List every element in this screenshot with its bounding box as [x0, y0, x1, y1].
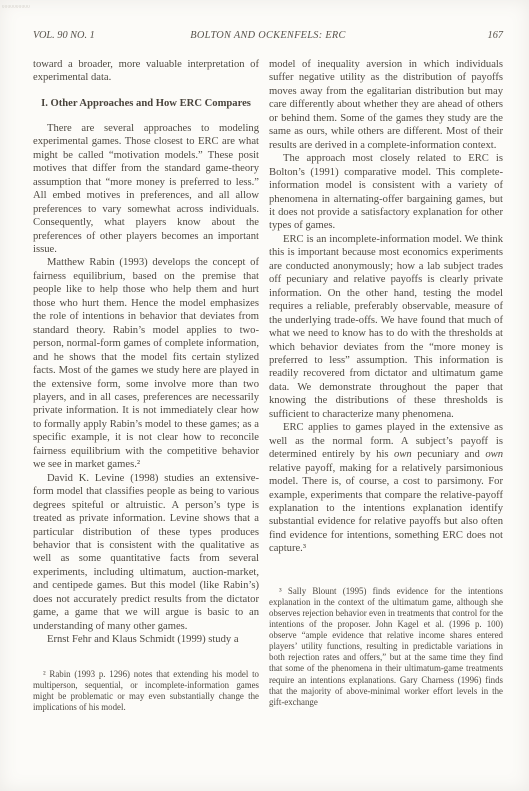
right-column: model of inequality aversion in which in… [269, 58, 503, 713]
section-heading: I. Other Approaches and How ERC Compares [37, 98, 255, 109]
paragraph-fehr-schmidt-start: Ernst Fehr and Klaus Schmidt (1999) stud… [33, 633, 259, 646]
footnote-3: ³ Sally Blount (1995) finds evidence for… [269, 586, 503, 708]
header-page-number: 167 [386, 30, 504, 41]
paragraph-rabin: Matthew Rabin (1993) develops the concep… [33, 256, 259, 471]
two-column-body: toward a broader, more valuable interpre… [33, 58, 503, 713]
paragraph-levine: David K. Levine (1998) studies an extens… [33, 472, 259, 633]
scan-artifact-text: 0000000000 [2, 5, 30, 10]
running-header: VOL. 90 NO. 1 BOLTON AND OCKENFELS: ERC … [33, 30, 503, 41]
paragraph-bolton-comparative-model: The approach most closely related to ERC… [269, 152, 503, 233]
left-column: toward a broader, more valuable interpre… [33, 58, 259, 713]
paragraph-erc-extensive-form: ERC applies to games played in the exten… [269, 421, 503, 556]
header-running-title: BOLTON AND OCKENFELS: ERC [151, 30, 386, 41]
paragraph-erc-incomplete-information: ERC is an incomplete-information model. … [269, 233, 503, 421]
right-continuation-paragraph: model of inequality aversion in which in… [269, 58, 503, 152]
left-continuation-paragraph: toward a broader, more valuable interpre… [33, 58, 259, 85]
journal-page: 0000000000 VOL. 90 NO. 1 BOLTON AND OCKE… [0, 0, 529, 791]
footnote-2: ² Rabin (1993 p. 1296) notes that extend… [33, 669, 259, 713]
paragraph-motivation-models: There are several approaches to modeling… [33, 122, 259, 257]
header-volume-issue: VOL. 90 NO. 1 [33, 30, 151, 41]
